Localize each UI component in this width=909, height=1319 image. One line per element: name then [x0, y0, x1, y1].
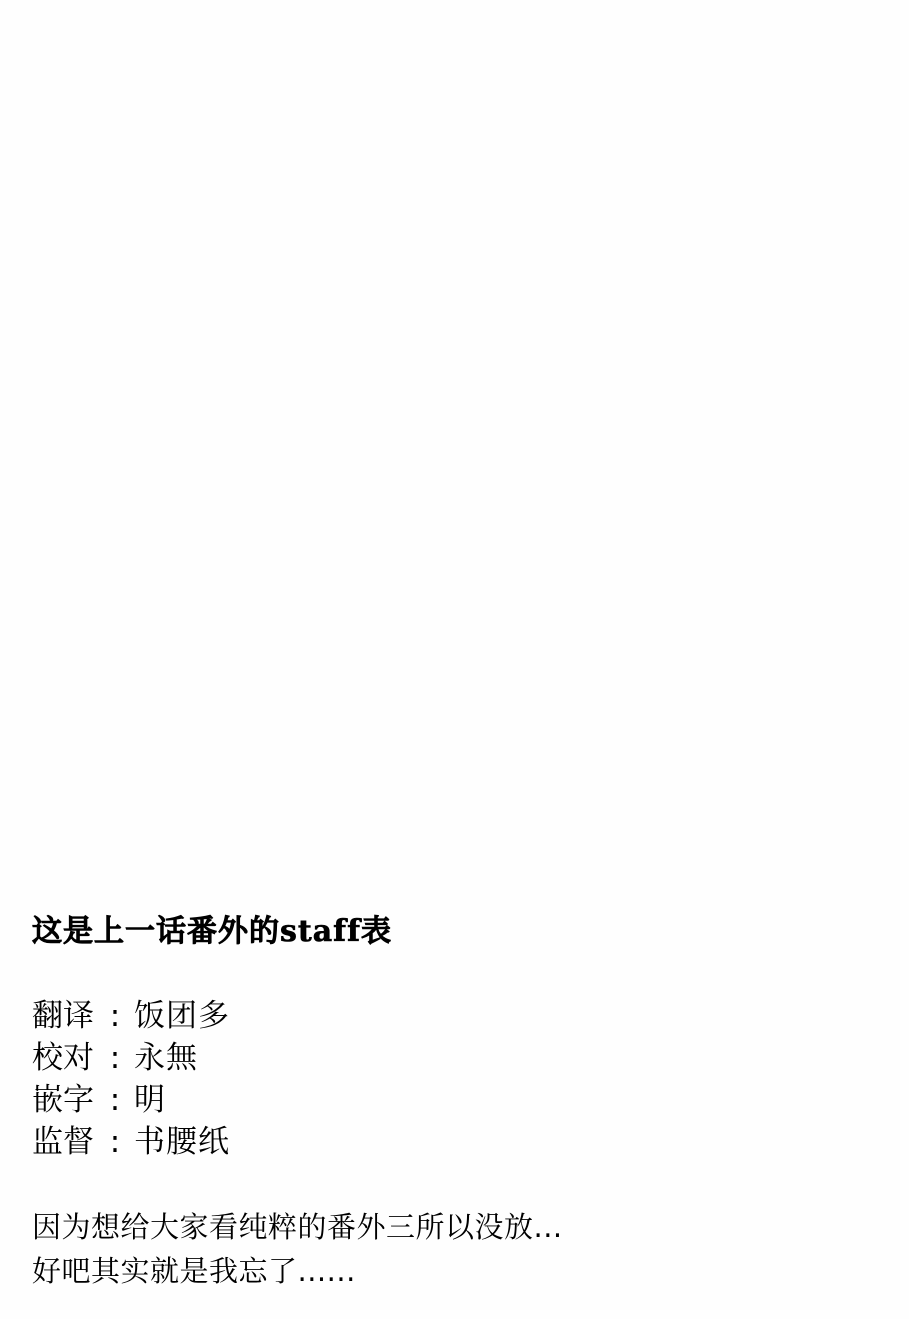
staff-row-proofreader: 校对 : 永無	[32, 1037, 230, 1079]
staff-row-supervisor: 监督 : 书腰纸	[32, 1121, 230, 1163]
staff-role: 校对	[32, 1037, 96, 1079]
staff-separator: :	[96, 995, 134, 1037]
note-line: 因为想给大家看纯粹的番外三所以没放...	[32, 1205, 563, 1249]
staff-name: 书腰纸	[134, 1121, 230, 1163]
staff-separator: :	[96, 1079, 134, 1121]
staff-name: 饭团多	[134, 995, 230, 1037]
note-line: 好吧其实就是我忘了......	[32, 1249, 563, 1293]
staff-role: 监督	[32, 1121, 96, 1163]
staff-separator: :	[96, 1037, 134, 1079]
staff-role: 翻译	[32, 995, 96, 1037]
staff-name: 明	[134, 1079, 166, 1121]
staff-row-translator: 翻译 : 饭团多	[32, 995, 230, 1037]
staff-separator: :	[96, 1121, 134, 1163]
staff-name: 永無	[134, 1037, 198, 1079]
staff-row-typesetter: 嵌字 : 明	[32, 1079, 230, 1121]
staff-list-heading: 这是上一话番外的staff表	[32, 912, 392, 952]
translator-note: 因为想给大家看纯粹的番外三所以没放... 好吧其实就是我忘了......	[32, 1205, 563, 1293]
staff-role: 嵌字	[32, 1079, 96, 1121]
staff-list: 翻译 : 饭团多 校对 : 永無 嵌字 : 明 监督 : 书腰纸	[32, 995, 230, 1163]
manga-credits-page: 这是上一话番外的staff表 翻译 : 饭团多 校对 : 永無 嵌字 : 明 监…	[0, 0, 909, 1319]
